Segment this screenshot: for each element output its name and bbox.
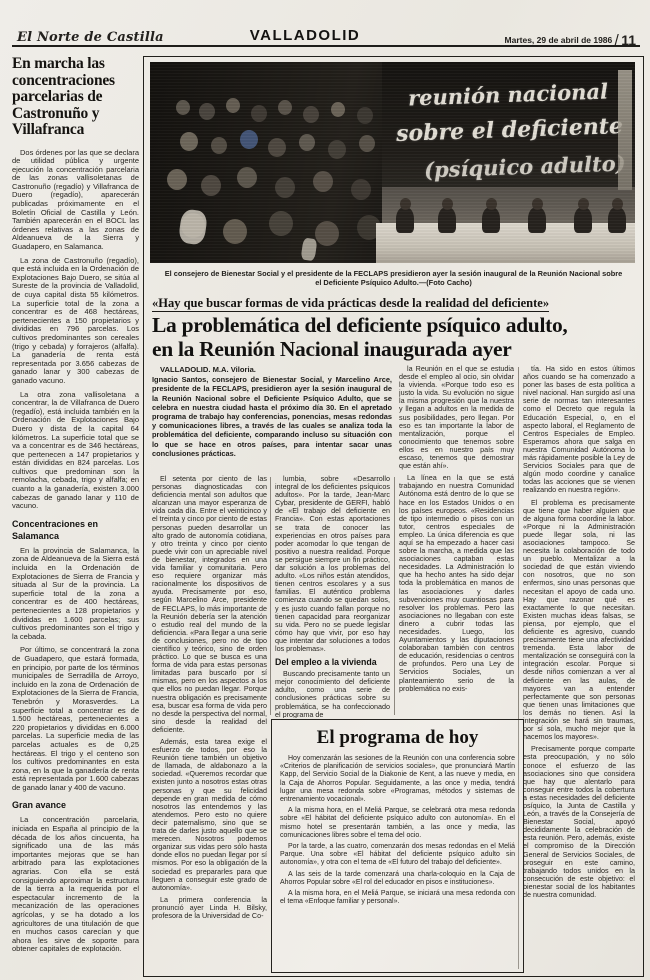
article-paragraph: la Reunión en el que se estudia desde el… xyxy=(399,365,514,470)
lead-paragraph: VALLADOLID. M.A. Viloria. Ignacio Santos… xyxy=(152,365,392,458)
article-paragraph: tía. Ha sido en estos últimos años cuand… xyxy=(523,365,635,495)
program-paragraph: A la misma hora, en el Meliá Parque, se … xyxy=(280,890,515,906)
kicker-text: «Hay que buscar formas de vida prácticas… xyxy=(152,296,549,312)
article-paragraph: Buscando precisamente tanto un mejor con… xyxy=(275,670,390,718)
article-paragraph: Además, esta tarea exige el esfuerzo de … xyxy=(152,738,267,892)
article-paragraph: Precisamente porque comparte esta preocu… xyxy=(523,745,635,899)
column-rule xyxy=(394,477,395,715)
sidebar-paragraph: La zona de Castronuño (regadío), que est… xyxy=(12,257,139,386)
column-rule xyxy=(270,477,271,715)
byline: VALLADOLID. M.A. Viloria. xyxy=(152,365,392,374)
sidebar-subhead-avance: Gran avance xyxy=(12,799,139,811)
issue-date: Martes, 29 de abril de 1986 xyxy=(505,35,613,45)
body-column-3: la Reunión en el que se estudia desde el… xyxy=(399,365,514,717)
program-paragraph: Hoy comenzarán las sesiones de la Reunió… xyxy=(280,755,515,804)
program-paragraph: Por la tarde, a las cuatro, comenzarán d… xyxy=(280,843,515,868)
news-photo: reunión nacional sobre el deficiente (ps… xyxy=(150,62,635,263)
body-column-1: El setenta por ciento de las personas di… xyxy=(152,475,267,969)
sidebar-paragraph: Por último, se concentrará la zona de Gu… xyxy=(12,646,139,792)
article-paragraph: lumbia, sobre «Desarrollo integral de lo… xyxy=(275,475,390,653)
sidebar-paragraph: La concentración parcelaria, iniciada en… xyxy=(12,816,139,954)
headline-line-1: La problemática del deficiente psíquico … xyxy=(152,313,637,337)
newspaper-page: El Norte de Castilla VALLADOLID Martes, … xyxy=(0,0,650,980)
kicker: «Hay que buscar formas de vida prácticas… xyxy=(152,296,549,311)
column-subhead-empleo: Del empleo a la vivienda xyxy=(275,658,390,666)
headline-line-2: en la Reunión Nacional inaugurada ayer xyxy=(152,337,637,361)
main-headline: La problemática del deficiente psíquico … xyxy=(152,313,637,361)
article-paragraph: El setenta por ciento de las personas di… xyxy=(152,475,267,734)
article-paragraph: La primera conferencia la pronunció ayer… xyxy=(152,896,267,920)
masthead-rule xyxy=(12,45,640,47)
sidebar-paragraph: Dos órdenes por las que se declara de ut… xyxy=(12,149,139,252)
photo-grain-overlay xyxy=(150,62,635,263)
article-paragraph: La línea en la que se está trabajando en… xyxy=(399,474,514,693)
program-box: El programa de hoy Hoy comenzarán las se… xyxy=(271,719,524,973)
sidebar-headline: En marcha las concentraciones parcelaria… xyxy=(12,56,139,139)
program-paragraph: A las seis de la tarde comenzará una cha… xyxy=(280,871,515,887)
sidebar-paragraph: En la provincia de Salamanca, la zona de… xyxy=(12,547,139,642)
sidebar-paragraph: La otra zona vallisoletana a concentrar,… xyxy=(12,391,139,511)
program-body: Hoy comenzarán las sesiones de la Reunió… xyxy=(272,755,523,906)
sidebar-article: En marcha las concentraciones parcelaria… xyxy=(12,56,139,959)
main-article-box: reunión nacional sobre el deficiente (ps… xyxy=(143,56,644,977)
program-paragraph: A la misma hora, en el Meliá Parque, se … xyxy=(280,807,515,840)
body-column-4: tía. Ha sido en estos últimos años cuand… xyxy=(523,365,635,965)
body-column-2: lumbia, sobre «Desarrollo integral de lo… xyxy=(275,475,390,718)
photo-caption: El consejero de Bienestar Social y el pr… xyxy=(162,269,625,287)
article-paragraph: El problema es precisamente que tiene qu… xyxy=(523,499,635,742)
sidebar-subhead-salamanca: Concentraciones en Salamanca xyxy=(12,518,139,542)
program-title: El programa de hoy xyxy=(272,727,523,749)
lead-text: Ignacio Santos, consejero de Bienestar S… xyxy=(152,375,392,458)
